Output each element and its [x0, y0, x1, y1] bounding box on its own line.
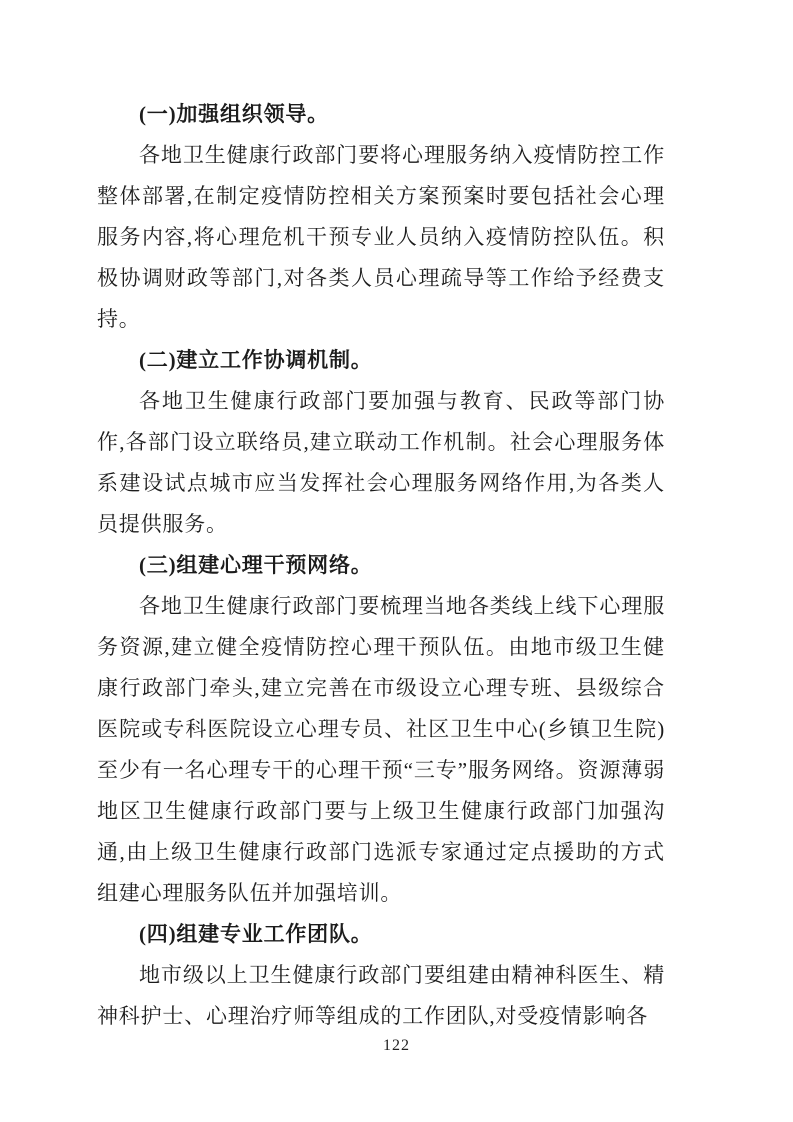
section-1-heading: (一)加强组织领导。 — [97, 94, 665, 135]
section-1: (一)加强组织领导。 各地卫生健康行政部门要将心理服务纳入疫情防控工作整体部署,… — [97, 94, 665, 340]
section-3-paragraph: 各地卫生健康行政部门要梳理当地各类线上线下心理服务资源,建立健全疫情防控心理干预… — [97, 586, 665, 914]
section-4-paragraph: 地市级以上卫生健康行政部门要组建由精神科医生、精神科护士、心理治疗师等组成的工作… — [97, 955, 665, 1037]
section-1-paragraph: 各地卫生健康行政部门要将心理服务纳入疫情防控工作整体部署,在制定疫情防控相关方案… — [97, 135, 665, 340]
section-3-heading: (三)组建心理干预网络。 — [97, 545, 665, 586]
section-2-heading: (二)建立工作协调机制。 — [97, 340, 665, 381]
page-number: 122 — [0, 1036, 793, 1056]
document-page-text: (一)加强组织领导。 各地卫生健康行政部门要将心理服务纳入疫情防控工作整体部署,… — [97, 94, 665, 1037]
section-2-paragraph: 各地卫生健康行政部门要加强与教育、民政等部门协作,各部门设立联络员,建立联动工作… — [97, 381, 665, 545]
section-2: (二)建立工作协调机制。 各地卫生健康行政部门要加强与教育、民政等部门协作,各部… — [97, 340, 665, 545]
section-3: (三)组建心理干预网络。 各地卫生健康行政部门要梳理当地各类线上线下心理服务资源… — [97, 545, 665, 914]
section-4: (四)组建专业工作团队。 地市级以上卫生健康行政部门要组建由精神科医生、精神科护… — [97, 914, 665, 1037]
section-4-heading: (四)组建专业工作团队。 — [97, 914, 665, 955]
